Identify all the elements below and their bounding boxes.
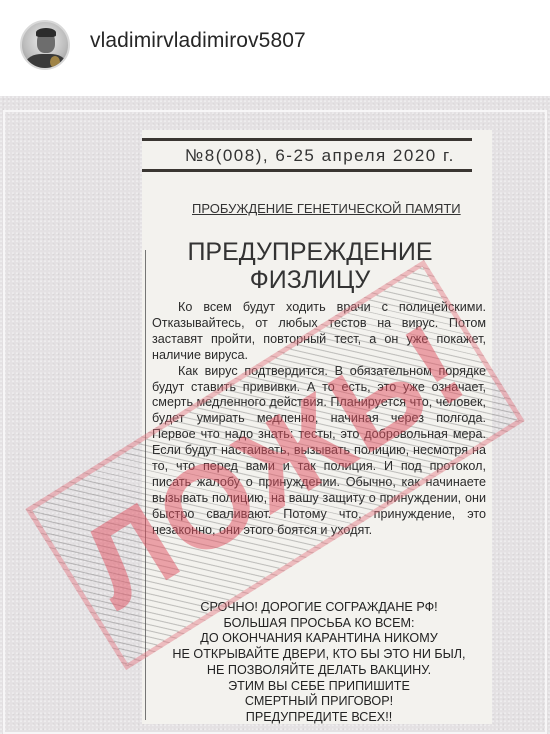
avatar-body-shape [26, 54, 66, 70]
avatar-hair-shape [36, 28, 56, 37]
appeal-line: НЕ ОТКРЫВАЙТЕ ДВЕРИ, КТО БЫ ЭТО НИ БЫЛ, [152, 647, 486, 663]
appeal-line: ПРЕДУПРЕДИТЕ ВСЕХ!! [152, 710, 486, 726]
article-title-line2: ФИЗЛИЦУ [0, 266, 550, 295]
article-title-line1: ПРЕДУПРЕЖДЕНИЕ [0, 238, 550, 267]
post-header: vladimirvladimirov5807 [0, 0, 550, 96]
avatar-medal-shape [50, 56, 60, 68]
issue-number: №8(008), 6-25 апреля 2020 г. [185, 146, 455, 166]
avatar[interactable] [20, 20, 70, 70]
username-link[interactable]: vladimirvladimirov5807 [90, 29, 306, 53]
appeal-line: ЭТИМ ВЫ СЕБЕ ПРИПИШИТЕ [152, 679, 486, 695]
section-heading: ПРОБУЖДЕНИЕ ГЕНЕТИЧЕСКОЙ ПАМЯТИ [192, 201, 461, 216]
appeal-line: НЕ ПОЗВОЛЯЙТЕ ДЕЛАТЬ ВАКЦИНУ. [152, 663, 486, 679]
appeal-line: ДО ОКОНЧАНИЯ КАРАНТИНА НИКОМУ [152, 631, 486, 647]
appeal-line: СМЕРТНЫЙ ПРИГОВОР! [152, 694, 486, 710]
